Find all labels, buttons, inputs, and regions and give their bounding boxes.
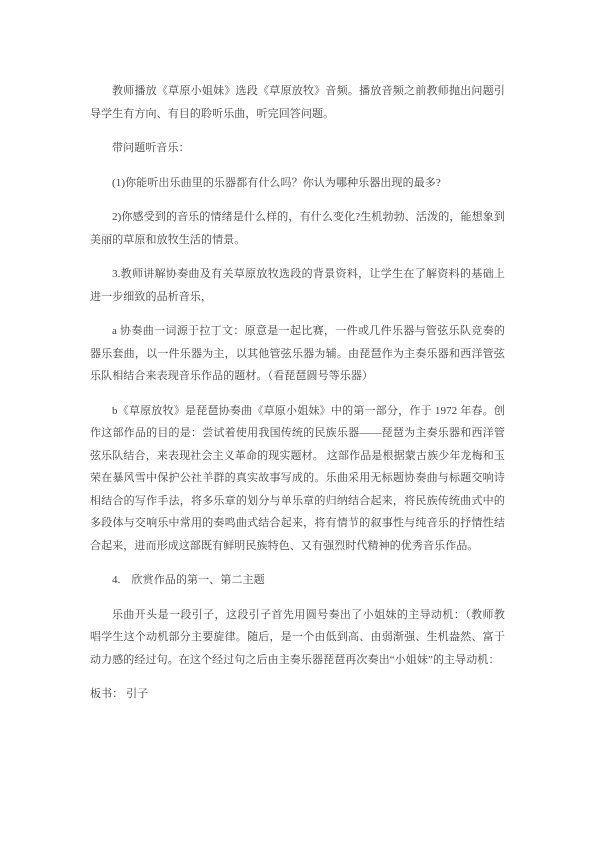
paragraph: (1)你能听出乐曲里的乐器都有什么吗？你认为哪种乐器出现的最多? [90,172,505,195]
paragraph: 板书： 引子 [90,683,505,706]
paragraph: a 协奏曲一词源于拉丁文：原意是一起比赛，一件或几件乐器与管弦乐队竞奏的器乐套曲… [90,320,505,388]
paragraph: 乐曲开头是一段引子，这段引子首先用圆号奏出了小姐妹的主导动机：（教师教唱学生这个… [90,604,505,672]
paragraph: 教师播放《草原小姐妹》选段《草原放牧》音频。播放音频之前教师抛出问题引导学生有方… [90,80,505,125]
document-page: 教师播放《草原小姐妹》选段《草原放牧》音频。播放音频之前教师抛出问题引导学生有方… [0,0,595,842]
paragraph: 带问题听音乐： [90,137,505,160]
paragraph: b《草原放牧》是琵琶协奏曲《草原小姐妹》中的第一部分，作于 1972 年春。创作… [90,400,505,558]
paragraph: 2)你感受到的音乐的情绪是什么样的，有什么变化?生机勃勃、活泼的，能想象到美丽的… [90,206,505,251]
paragraph: 4. 欣赏作品的第一、第二主题 [90,569,505,592]
paragraph: 3.教师讲解协奏曲及有关草原放牧选段的背景资料，让学生在了解资料的基础上进一步细… [90,263,505,308]
